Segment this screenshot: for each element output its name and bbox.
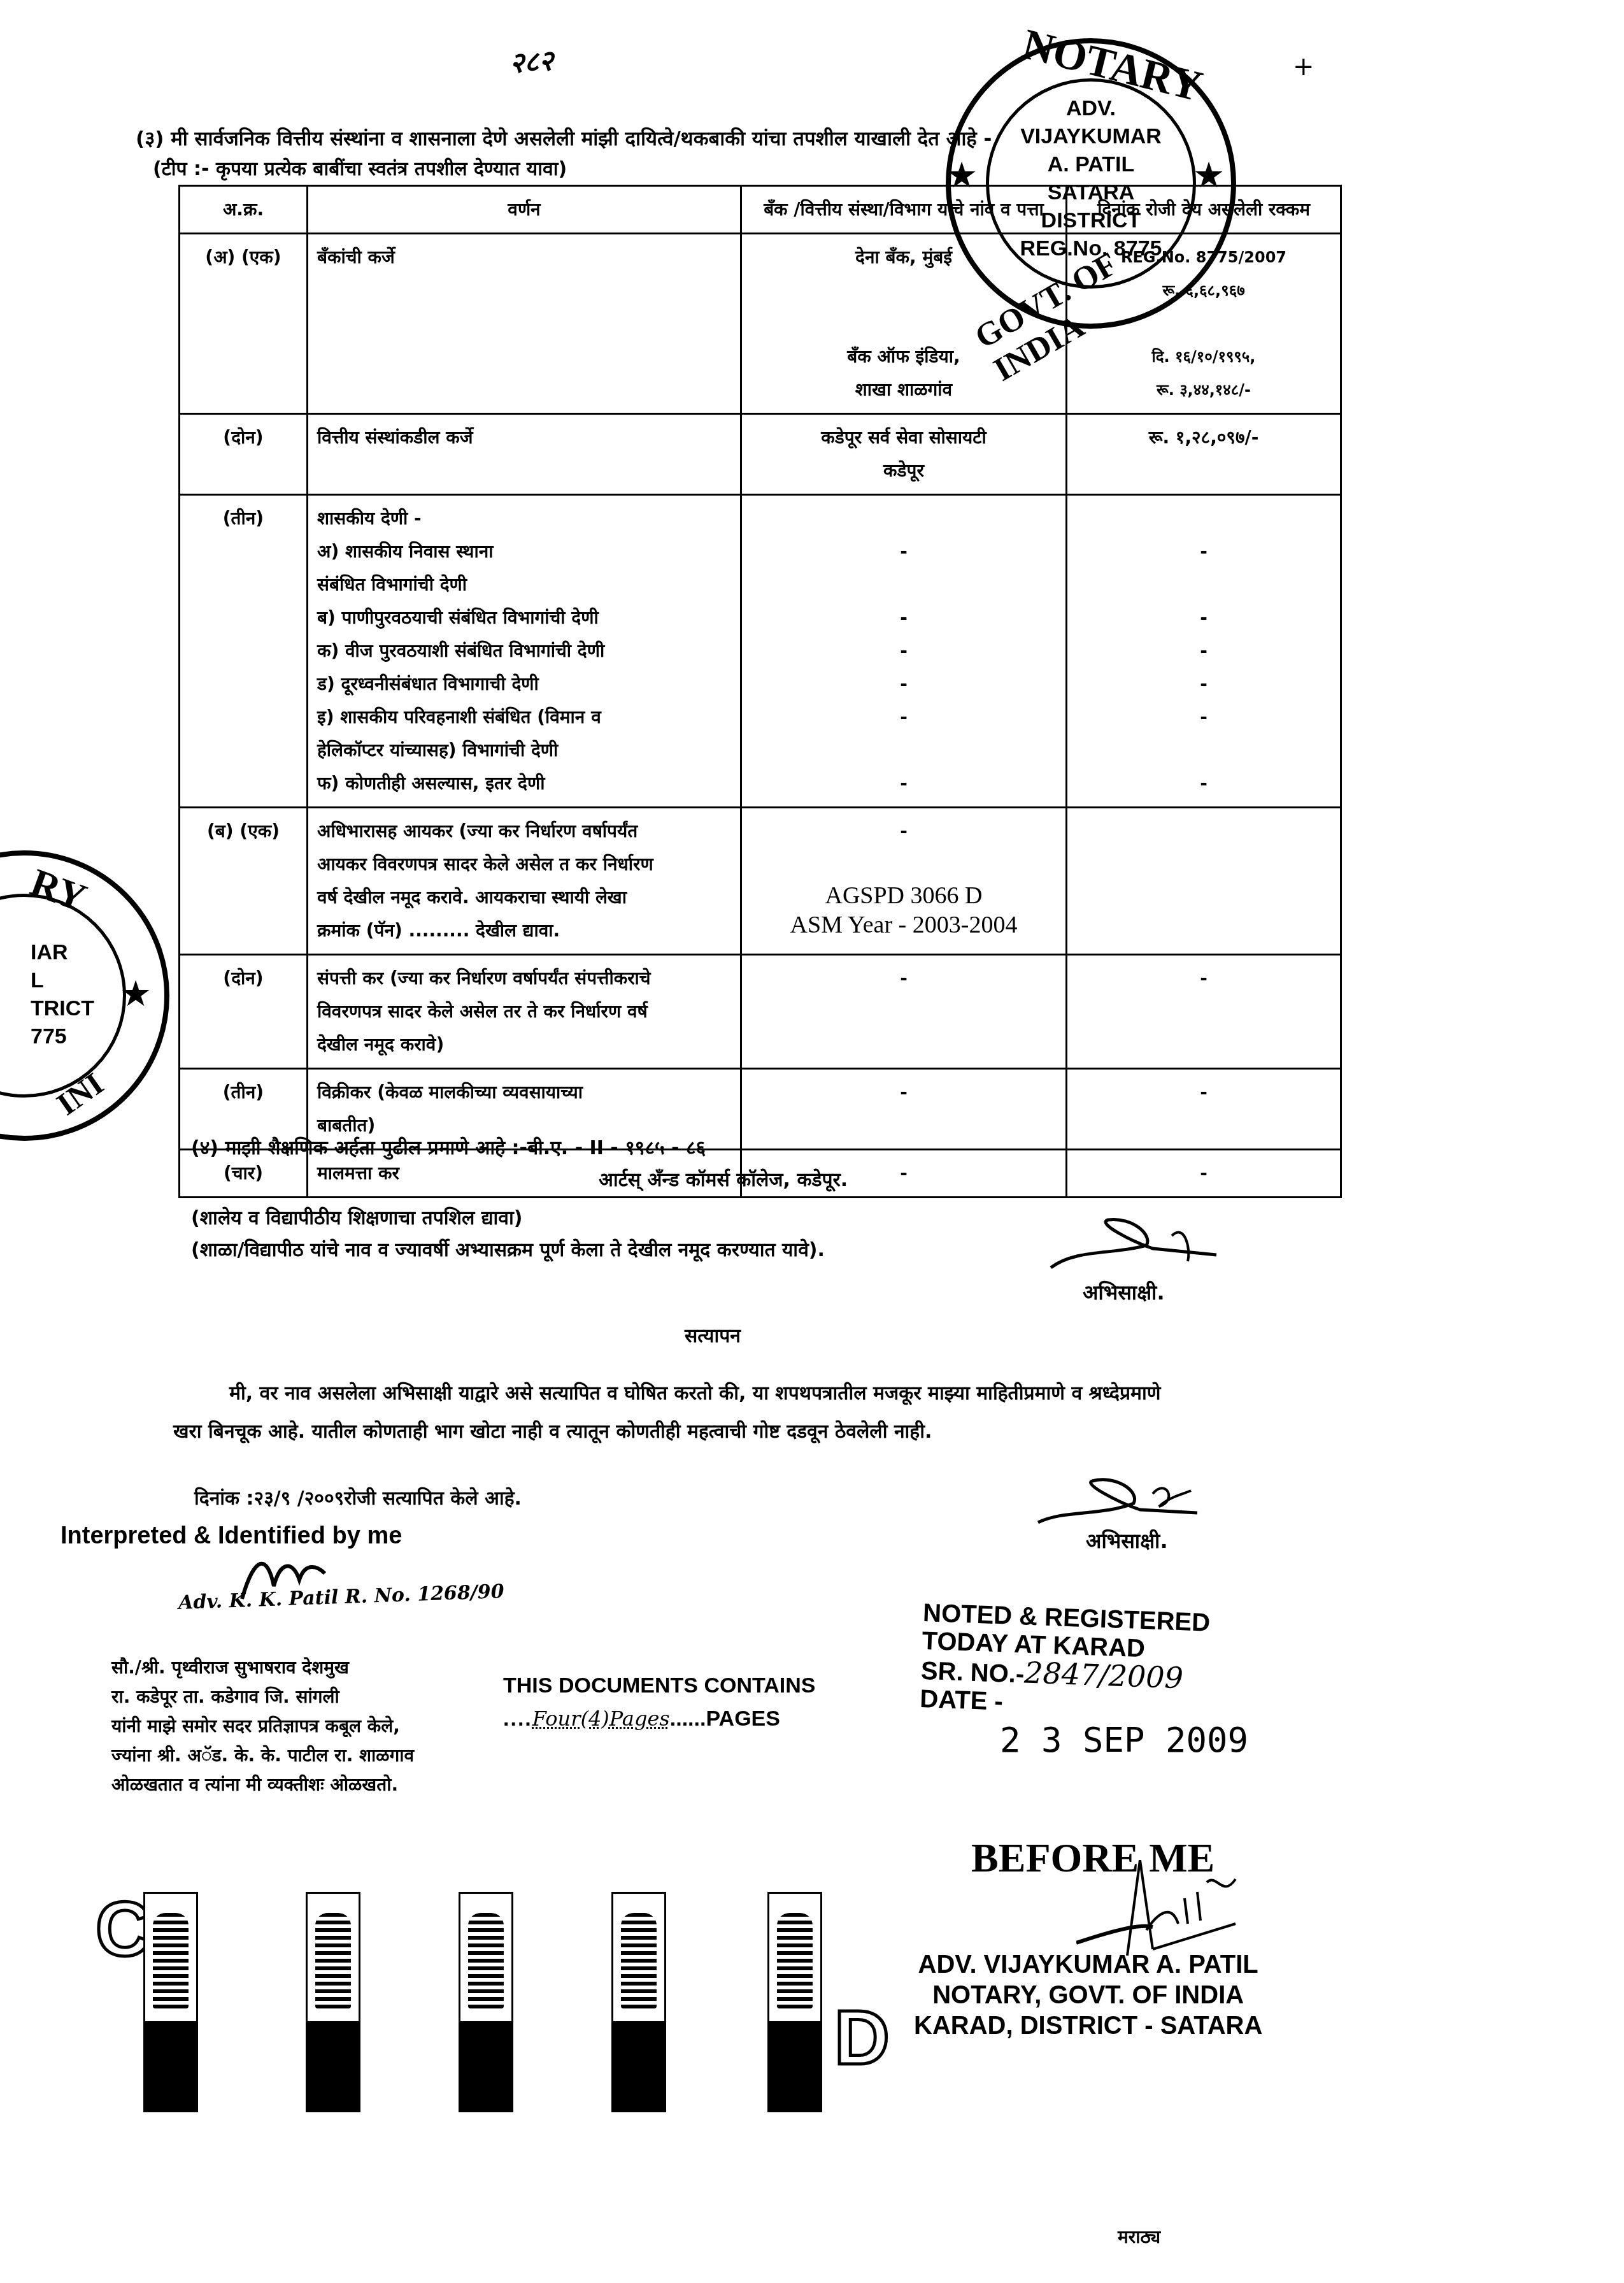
star-icon: ★ [1193,155,1225,196]
description-line: देखील नमूद करावे) [317,1028,731,1061]
deponent-label-1: अभिसाक्षी. [1083,1280,1165,1305]
amount-line: दि. १६/१०/१९९५, [1076,340,1331,373]
spacer [751,848,1057,881]
table-row: (ब) (एक) अधिभारासह आयकर (ज्या कर निर्धार… [180,808,1341,955]
education-note-1: (शालेय व विद्यापीठीय शिक्षणाचा तपशिल द्य… [191,1207,523,1230]
bank-line [751,568,1057,601]
notary-name: ADV. VIJAYKUMAR A. PATIL [914,1949,1262,1980]
ashoka-emblem-icon [315,1913,351,2008]
description-line: वर्ष देखील नमूद करावे. आयकराचा स्थायी ले… [317,881,731,914]
pan-number: AGSPD 3066 D [751,881,1057,910]
row-serial: (ब) (एक) [180,808,308,955]
ashoka-emblem-icon [468,1913,504,2008]
description-line: क्रमांक (पॅन) ......... देखील द्यावा. [317,914,731,947]
signature-scribble-icon [1032,1465,1210,1535]
table-row: (तीन) शासकीय देणी - अ) शासकीय निवास स्था… [180,495,1341,808]
notary-title: NOTARY, GOVT. OF INDIA [914,1980,1262,2010]
amount-dash: - [1076,535,1331,568]
bank-dash: - [751,601,1057,634]
notary-seal: NOTARY GOVT. OF INDIA ADV. VIJAYKUMAR A.… [946,38,1236,329]
bank-line: कडेपूर सर्व सेवा सोसायटी [751,421,1057,454]
college-name: आर्टस् अँन्ड कॉमर्स कॉलेज, कडेपूर. [599,1169,848,1192]
description-line: शासकीय देणी - [317,502,731,535]
registration-stamp: NOTED & REGISTERED TODAY AT KARAD SR. NO… [920,1599,1211,1723]
description-line: आयकर विवरणपत्र सादर केले असेल त कर निर्ध… [317,848,731,881]
left-seal-center: IAR L TRICT 775 [31,938,107,1050]
amount-dash: - [1076,668,1331,701]
seal-line: REG.No. 8775 [995,234,1186,262]
revenue-stamp [459,1892,513,2112]
identification-line: सौ./श्री. पृथ्वीराज सुभाषराव देशमुख [111,1653,506,1682]
stamp-cancel-block [145,2021,196,2110]
description-line: इ) शासकीय परिवहनाशी संबंधित (विमान व [317,701,731,734]
description-line: अ) शासकीय निवास स्थाना [317,535,731,568]
amount-line [1076,734,1331,767]
stamp-cancel-block [460,2021,511,2110]
signature-scribble-icon [1038,1210,1229,1280]
stamp-cancel-block [308,2021,359,2110]
description-line: संपत्ती कर (ज्या कर निर्धारण वर्षापर्यंत… [317,962,731,995]
handwritten-page-number: २८२ [508,40,555,82]
ashoka-emblem-icon [777,1913,813,2008]
page-count-suffix: PAGES [706,1707,780,1731]
seal-line: L [31,966,107,994]
notary-place: KARAD, DISTRICT - SATARA [914,2010,1262,2041]
row-bank: - [741,955,1067,1069]
table-row: (दोन) वित्तीय संस्थांकडील कर्जे कडेपूर स… [180,414,1341,495]
description-line: वित्तीय संस्थांकडील कर्जे [317,421,731,454]
cancelled-letter: C [96,1886,151,1973]
identification-line: यांनी माझे समोर सदर प्रतिज्ञापत्र कबूल क… [111,1712,506,1741]
registration-date: 2 3 SEP 2009 [1000,1720,1248,1760]
description-line: फ) कोणतीही असल्यास, इतर देणी [317,767,731,800]
interpreter-sign-line: Adv. K. K. Patil R. No. 1268/90 [178,1580,505,1614]
row-amount [1067,808,1341,955]
row-bank: - [741,1069,1067,1150]
stamp-cancel-block [769,2021,820,2110]
amount-dash: - [1076,701,1331,734]
star-icon: ★ [120,973,152,1015]
crosshair-mark-icon: + [1293,52,1314,82]
verification-paragraph-1: मी, वर नाव असलेला अभिसाक्षी याद्वारे असे… [229,1382,1160,1405]
row-serial: (अ) (एक) [180,234,308,414]
page-count-value: Four(4)Pages [532,1707,670,1731]
deponent-label-2: अभिसाक्षी. [1086,1529,1168,1553]
sr-label: SR. NO.- [920,1657,1025,1689]
bank-dash: - [751,634,1057,668]
section-3-title: (३) मी सार्वजनिक वित्तीय संस्थांना व शास… [136,127,992,151]
amount-line [1076,502,1331,535]
row-serial: (दोन) [180,414,308,495]
revenue-stamp [143,1892,198,2112]
description-line: बँकांची कर्जे [317,241,731,274]
bank-dash: - [751,668,1057,701]
row-bank: कडेपूर सर्व सेवा सोसायटी कडेपूर [741,414,1067,495]
header-description: वर्णन [308,186,741,234]
revenue-stamp [767,1892,822,2112]
description-line: ड) दूरध्वनीसंबंधात विभागाची देणी [317,668,731,701]
row-bank: - AGSPD 3066 D ASM Year - 2003-2004 [741,808,1067,955]
amount-line: रू. ३,४४,१४८/- [1076,373,1331,406]
row-amount: - [1067,1069,1341,1150]
description-line: क) वीज पुरवठयाशी संबंधित विभागांची देणी [317,634,731,668]
star-icon: ★ [946,155,978,196]
amount-dash: - [1076,634,1331,668]
description-line: अधिभारासह आयकर (ज्या कर निर्धारण वर्षापर… [317,815,731,848]
notary-seal-center: ADV. VIJAYKUMAR A. PATIL SATARA DISTRICT… [995,94,1186,262]
header-serial: अ.क्र. [180,186,308,234]
row-description: संपत्ती कर (ज्या कर निर्धारण वर्षापर्यंत… [308,955,741,1069]
verification-paragraph-2: खरा बिनचूक आहे. यातील कोणताही भाग खोटा न… [173,1421,932,1443]
seal-line: SATARA DISTRICT [995,178,1186,234]
row-serial: (तीन) [180,495,308,808]
bottom-text-fragment: मराठ्य [1118,2226,1160,2248]
page-count-line: ....Four(4)Pages......PAGES [503,1702,815,1735]
sr-value: 2847/2009 [1023,1656,1183,1696]
verification-date: दिनांक :२३/९ /२००९रोजी सत्यापित केले आहे… [194,1487,522,1510]
education-note-2: (शाळा/विद्यापीठ यांचे नाव व ज्यावर्षी अभ… [191,1239,825,1262]
notary-details: ADV. VIJAYKUMAR A. PATIL NOTARY, GOVT. O… [914,1949,1262,2041]
description-line: संबंधित विभागांची देणी [317,568,731,601]
ashoka-emblem-icon [621,1913,657,2008]
identification-line: ज्यांना श्री. अॅड. के. के. पाटील रा. शाळ… [111,1741,506,1770]
left-notary-seal-fragment: RY IAR L TRICT 775 ★ INI [0,850,169,1141]
description-line: ब) पाणीपुरवठयाची संबंधित विभागांची देणी [317,601,731,634]
seal-line: VIJAYKUMAR [995,122,1186,150]
row-description: शासकीय देणी - अ) शासकीय निवास स्थाना संब… [308,495,741,808]
row-bank: - - - - - - [741,495,1067,808]
bank-line: कडेपूर [751,454,1057,487]
amount-line: रू. १,२८,०९७/- [1076,421,1331,454]
assessment-year: ASM Year - 2003-2004 [751,910,1057,940]
seal-line: 775 [31,1022,107,1050]
cancelled-letter: D [834,1994,890,2082]
amount-line [1076,568,1331,601]
revenue-stamp [306,1892,360,2112]
deponent-signature-1 [1038,1210,1229,1280]
stamp-cancel-block [613,2021,664,2110]
deponent-signature-2 [1032,1465,1210,1535]
interpreter-heading: Interpreted & Identified by me [61,1522,402,1550]
document-page-count: THIS DOCUMENTS CONTAINS ....Four(4)Pages… [503,1669,815,1735]
revenue-stamp [611,1892,666,2112]
seal-line: A. PATIL [995,150,1186,178]
description-line: विक्रीकर (केवळ मालकीच्या व्यवसायाच्या [317,1076,731,1109]
cancelled-stamps-strip: C D [96,1886,923,2115]
row-amount: - [1067,955,1341,1069]
table-row: (दोन) संपत्ती कर (ज्या कर निर्धारण वर्षा… [180,955,1341,1069]
row-amount: - [1067,1150,1341,1198]
page-count-heading: THIS DOCUMENTS CONTAINS [503,1669,815,1702]
row-serial: (दोन) [180,955,308,1069]
bank-line [751,502,1057,535]
section-3-note: (टीप :- कृपया प्रत्येक बाबींचा स्वतंत्र … [153,158,567,181]
row-description: वित्तीय संस्थांकडील कर्जे [308,414,741,495]
row-description: बँकांची कर्जे [308,234,741,414]
bank-dash: - [751,767,1057,800]
identification-line: रा. कडेपूर ता. कडेगाव जि. सांगली [111,1682,506,1712]
amount-dash: - [1076,767,1331,800]
bank-line [751,734,1057,767]
education-line: (४) माझी शैक्षणिक अर्हता पुढील प्रमाणे आ… [191,1137,706,1160]
seal-line: IAR [31,938,107,966]
ashoka-emblem-icon [153,1913,189,2008]
bank-dash: - [751,701,1057,734]
row-amount: रू. १,२८,०९७/- [1067,414,1341,495]
description-line: विवरणपत्र सादर केले असेल तर ते कर निर्धा… [317,995,731,1028]
seal-line: ADV. [995,94,1186,122]
bank-dash: - [751,535,1057,568]
seal-line: TRICT [31,994,107,1022]
amount-dash: - [1076,601,1331,634]
identification-block: सौ./श्री. पृथ्वीराज सुभाषराव देशमुख रा. … [111,1653,506,1800]
description-line: हेलिकॉप्टर यांच्यासह) विभागांची देणी [317,734,731,767]
identification-line: ओळखतात व त्यांना मी व्यक्तीशः ओळखतो. [111,1770,506,1800]
verification-title: सत्यापन [685,1325,741,1348]
bank-dash: - [751,815,1057,848]
row-amount: - - - - - - [1067,495,1341,808]
row-description: अधिभारासह आयकर (ज्या कर निर्धारण वर्षापर… [308,808,741,955]
liabilities-table: अ.क्र. वर्णन बँक /वित्तीय संस्था/विभाग य… [178,185,1342,1198]
